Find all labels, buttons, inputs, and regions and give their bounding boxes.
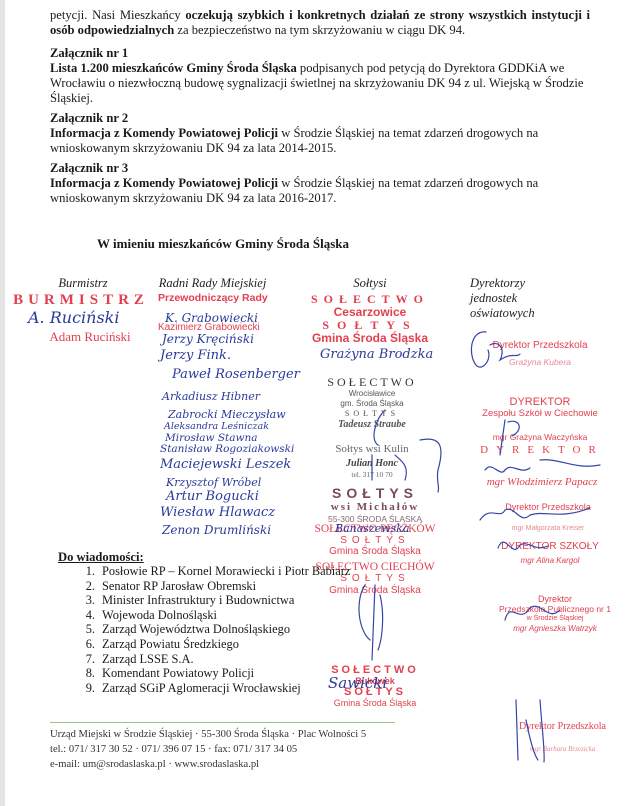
distribution-item: 5.Zarząd Województwa Dolnośląskiego (74, 622, 350, 637)
attachment-title: Załącznik nr 2 (50, 111, 128, 125)
village-stamp-cesarzowice: SOŁECTWO Cesarzowice SOŁTYS Gmina Środa … (300, 293, 440, 345)
director-stamp-3: DYREKTOR mgr Włodzimierz Papacz (462, 444, 622, 488)
director-stamp-5: DYREKTOR SZKOŁY mgr Alina Kargol (485, 540, 615, 568)
mayor-signature: A. Ruciński (28, 308, 119, 327)
footer-contact-line: e-mail: um@srodaslaska.pl · www.srodasla… (50, 758, 366, 773)
stamp-line: wsi Michałów (305, 501, 445, 514)
distribution-item: 8.Komendant Powiatowy Policji (74, 666, 350, 681)
column-header-council: Radni Rady Miejskiej (140, 276, 285, 291)
stamp-line: Tadeusz Straube (312, 419, 432, 431)
stamp-line: w Środzie Śląskiej (485, 614, 625, 624)
mayor-name: Adam Ruciński (40, 329, 140, 345)
stamp-line: tel. 317 10 70 (312, 470, 432, 479)
item-text: Zarząd Powiatu Średzkiego (102, 637, 239, 651)
distribution-item: 7.Zarząd LSSE S.A. (74, 652, 350, 667)
distribution-title: Do wiadomości: (58, 550, 144, 565)
council-signature: Paweł Rosenberger (172, 367, 300, 382)
header-line: oświatowych (470, 306, 535, 321)
item-number: 9. (74, 681, 95, 696)
council-signature: Arkadiusz Hibner (162, 390, 260, 403)
village-signature: Grażyna Brodzka (320, 347, 433, 362)
stamp-line: DYREKTOR (462, 444, 622, 456)
item-number: 2. (74, 579, 95, 594)
header-line: jednostek (470, 291, 535, 306)
attachment-title: Załącznik nr 1 (50, 46, 128, 60)
footer-rule (50, 722, 395, 723)
item-text: Minister Infrastruktury i Budownictwa (102, 593, 294, 607)
item-number: 5. (74, 622, 95, 637)
director-stamp-1: Dyrektor Przedszkola Grażyna Kubera (465, 338, 615, 370)
stamp-line: Gmina Środa Śląska (320, 698, 430, 709)
column-header-mayor: Burmistrz (48, 276, 118, 291)
council-signature: Zabrocki Mieczysław (168, 408, 286, 421)
item-number: 7. (74, 652, 95, 667)
distribution-item: 1.Posłowie RP – Kornel Morawiecki i Piot… (74, 564, 350, 579)
item-number: 3. (74, 593, 95, 608)
village-signature: Banaszewska (335, 522, 410, 535)
item-text: Zarząd LSSE S.A. (102, 652, 194, 666)
council-signature: Zenon Drumliński (162, 523, 271, 537)
distribution-item: 3.Minister Infrastruktury i Budownictwa (74, 593, 350, 608)
distribution-item: 9.Zarząd SGiP Aglomeracji Wrocławskiej (74, 681, 350, 696)
council-signature: Aleksandra Leśniczak (164, 421, 269, 432)
intro-text: petycji. Nasi Mieszkańcy (50, 8, 185, 22)
item-text: Komendant Powiatowy Policji (102, 666, 254, 680)
stamp-line: SOŁTYS (300, 535, 450, 546)
distribution-item: 2.Senator RP Jarosław Obremski (74, 579, 350, 594)
council-signature: Krzysztof Wróbel (166, 476, 261, 489)
attachment-3: Załącznik nr 3 Informacja z Komendy Powi… (50, 161, 590, 206)
stamp-line: mgr Grażyna Waczyńska (460, 432, 620, 443)
stamp-line: SOŁTYS (305, 486, 445, 501)
stamp-line: mgr Włodzimierz Papacz (462, 476, 622, 488)
attachment-1: Załącznik nr 1 Lista 1.200 mieszkańców G… (50, 46, 590, 106)
header-line: Dyrektorzy (470, 276, 535, 291)
item-number: 6. (74, 637, 95, 652)
intro-paragraph: petycji. Nasi Mieszkańcy oczekują szybki… (50, 8, 590, 38)
council-signature: Jerzy Kręciński (162, 332, 254, 346)
distribution-item: 6.Zarząd Powiatu Średzkiego (74, 637, 350, 652)
signature-heading: W imieniu mieszkańców Gminy Środa Śląska (97, 236, 349, 252)
item-text: Zarząd Województwa Dolnośląskiego (102, 622, 290, 636)
director-stamp-6: Dyrektor Przedszkola Publicznego nr 1 w … (485, 594, 625, 634)
footer-address: Urząd Miejski w Środzie Śląskiej · 55-30… (50, 728, 366, 772)
council-signature: K. Grabowiecki (165, 311, 258, 325)
stamp-line: mgr Alina Kargol (485, 554, 615, 568)
director-stamp-4: Dyrektor Przedszkola mgr Małgorzata Krei… (478, 501, 618, 535)
council-signature: Jerzy Fink. (160, 348, 231, 363)
item-number: 1. (74, 564, 95, 579)
stamp-line: Dyrektor (485, 594, 625, 604)
stamp-line: Wrocisławice (312, 389, 432, 399)
stamp-line: gm. Środa Śląska (312, 399, 432, 409)
footer-phone-line: tel.: 071/ 317 30 52 · 071/ 396 07 15 · … (50, 743, 366, 758)
column-header-directors: Dyrektorzy jednostek oświatowych (470, 276, 535, 321)
village-stamp-wrocislawice: SOŁECTWO Wrocisławice gm. Środa Śląska S… (312, 376, 432, 431)
item-number: 8. (74, 666, 95, 681)
council-signature: Maciejewski Leszek (160, 457, 291, 472)
stamp-line: Zespołu Szkół w Ciechowie (460, 408, 620, 419)
director-stamp-7: Dyrektor Przedszkola mgr Barbara Brzezic… (505, 716, 620, 760)
stamp-line: SOŁTYS (312, 409, 432, 419)
council-signature: Wiesław Hlawacz (160, 505, 275, 520)
stamp-line: mgr Małgorzata Kreiser (478, 523, 618, 535)
stamp-line: Dyrektor Przedszkola (478, 501, 618, 513)
item-number: 4. (74, 608, 95, 623)
attachment-bold: Informacja z Komendy Powiatowej Policji (50, 126, 278, 140)
stamp-line: Gmina Środa Śląska (300, 332, 440, 345)
attachment-bold: Lista 1.200 mieszkańców Gminy Środa Śląs… (50, 61, 297, 75)
document-page: petycji. Nasi Mieszkańcy oczekują szybki… (0, 0, 625, 806)
stamp-line: Przedszkola Publicznego nr 1 (485, 604, 625, 614)
stamp-line: Julian Honc (312, 457, 432, 470)
stamp-line: Sołtys wsi Kulin (312, 441, 432, 457)
distribution-list: 1.Posłowie RP – Kornel Morawiecki i Piot… (74, 564, 350, 695)
intro-text-end: za bezpieczeństwo na tym skrzyżowaniu w … (174, 23, 465, 37)
item-text: Wojewoda Dolnośląski (102, 608, 217, 622)
village-stamp-kulin: Sołtys wsi Kulin Julian Honc tel. 317 10… (312, 441, 432, 479)
council-stamp-title: Przewodniczący Rady (158, 292, 268, 304)
footer-address-line: Urząd Miejski w Środzie Śląskiej · 55-30… (50, 728, 366, 743)
distribution-item: 4.Wojewoda Dolnośląski (74, 608, 350, 623)
attachment-2: Załącznik nr 2 Informacja z Komendy Powi… (50, 111, 590, 156)
stamp-line: DYREKTOR (460, 397, 620, 408)
council-signature: Stanisław Rogoziakowski (160, 443, 294, 455)
director-stamp-2: DYREKTOR Zespołu Szkół w Ciechowie mgr G… (460, 397, 620, 443)
item-text: Posłowie RP – Kornel Morawiecki i Piotr … (102, 564, 350, 578)
stamp-line: SOŁECTWO (312, 376, 432, 389)
stamp-line: mgr Barbara Brzezicka (505, 738, 620, 760)
stamp-line: mgr Agnieszka Watrzyk (485, 624, 625, 634)
item-text: Senator RP Jarosław Obremski (102, 579, 256, 593)
council-signature: Artur Bogucki (166, 489, 259, 504)
stamp-line: Grażyna Kubera (465, 354, 615, 370)
mayor-stamp-title: BURMISTRZ (6, 292, 156, 309)
stamp-line: Dyrektor Przedszkola (465, 338, 615, 354)
stamp-line: Dyrektor Przedszkola (505, 716, 620, 738)
item-text: Zarząd SGiP Aglomeracji Wrocławskiej (102, 681, 301, 695)
village-stamp-michalow: SOŁTYS wsi Michałów 55-300 ŚRODA ŚLĄSKA (305, 486, 445, 524)
stamp-line: Gmina Środa Śląska (300, 546, 450, 557)
attachment-title: Załącznik nr 3 (50, 161, 128, 175)
column-header-village-heads: Sołtysi (340, 276, 400, 291)
stamp-line: DYREKTOR SZKOŁY (485, 540, 615, 554)
attachment-bold: Informacja z Komendy Powiatowej Policji (50, 176, 278, 190)
